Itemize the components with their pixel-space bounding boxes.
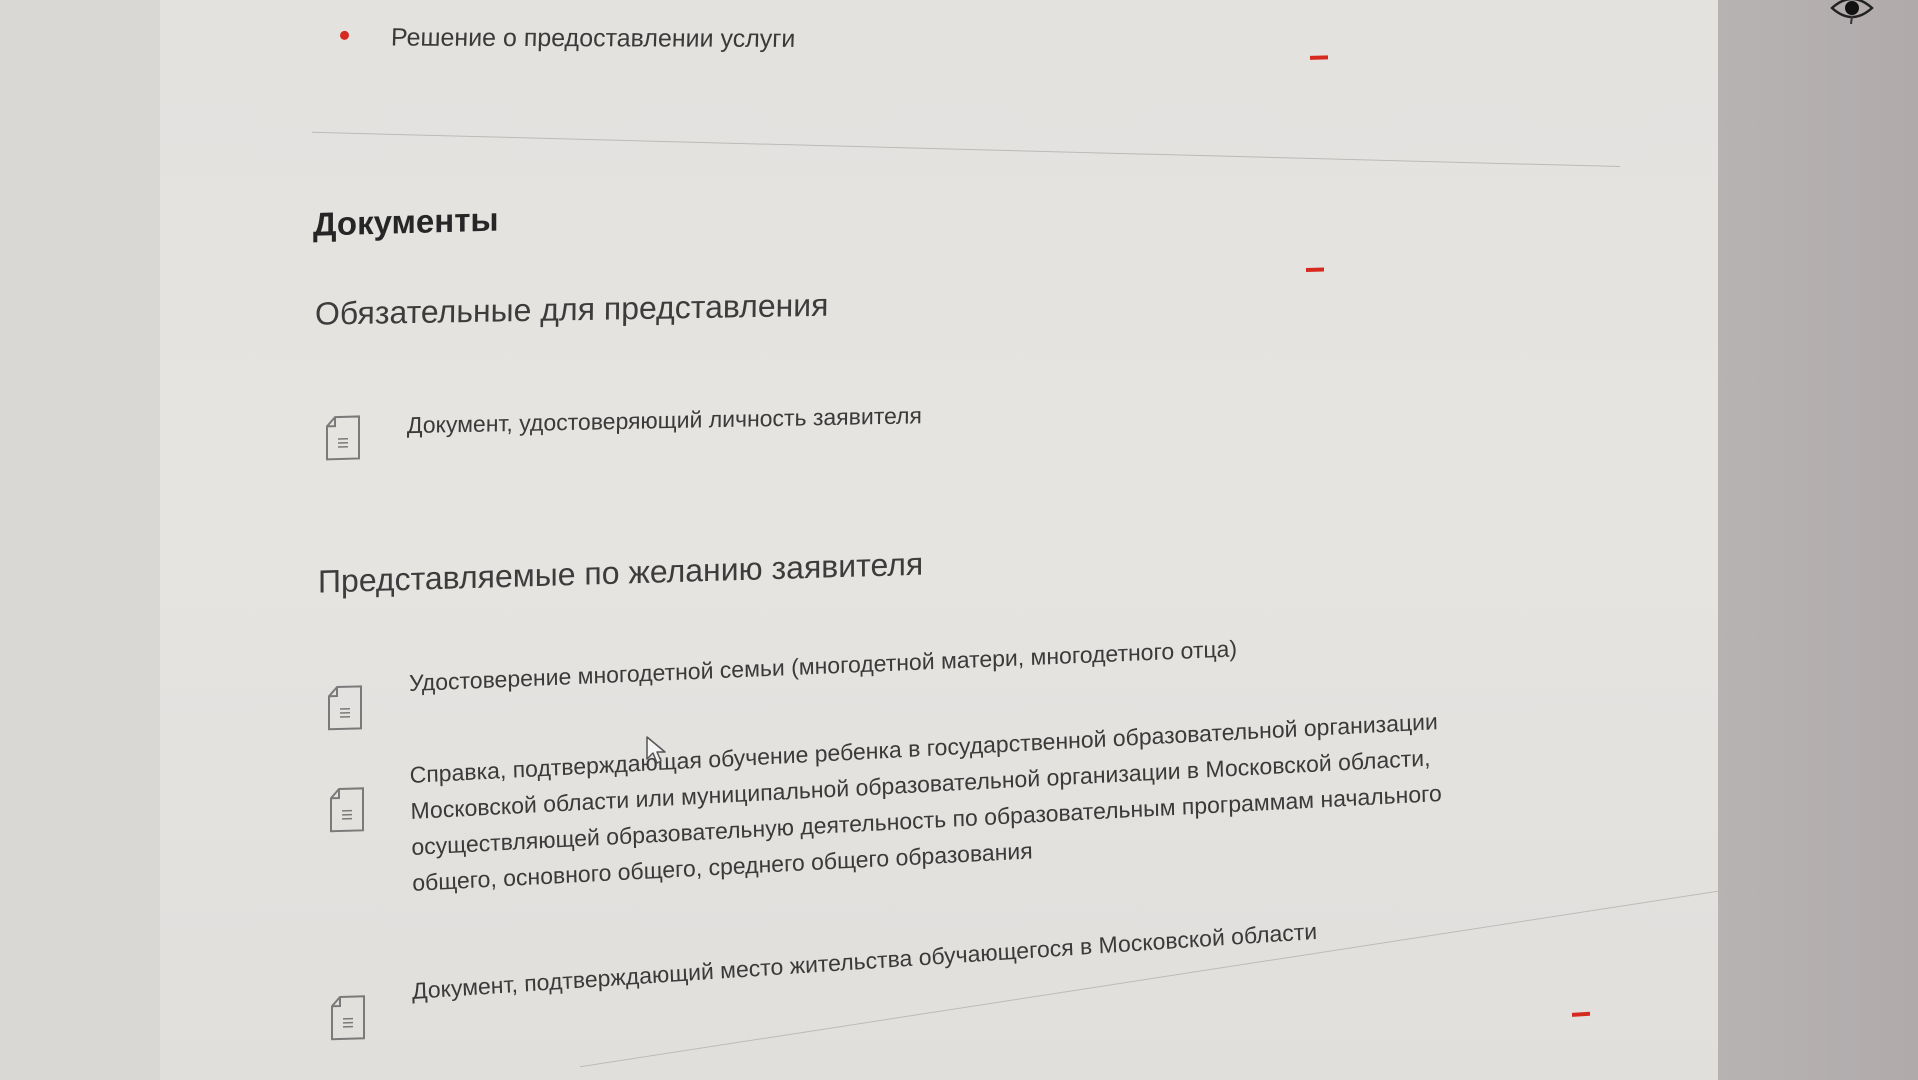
result-list-item: Решение о предоставлении услуги — [340, 12, 796, 54]
document-icon — [330, 994, 366, 1041]
document-item: Справка, подтверждающая обучение ребенка… — [329, 755, 1469, 903]
group-title-required: Обязательные для представления — [315, 287, 829, 333]
documents-title: Документы — [313, 201, 499, 244]
collapse-documents-button[interactable] — [1306, 267, 1324, 272]
result-item-label: Решение о предоставлении услуги — [391, 24, 796, 54]
left-gutter — [0, 0, 161, 1080]
cursor-icon — [645, 735, 669, 769]
document-label: Документ, удостоверяющий личность заявит… — [407, 397, 922, 443]
eye-icon[interactable] — [1830, 0, 1874, 26]
document-label: Справка, подтверждающая обучение ребенка… — [409, 702, 1470, 901]
document-item: Документ, удостоверяющий личность заявит… — [325, 390, 1225, 461]
screen: Результат оказания услуги Решение о пред… — [0, 0, 1918, 1080]
section-divider — [312, 132, 1620, 167]
document-icon — [325, 414, 361, 461]
group-title-optional: Представляемые по желанию заявителя — [318, 546, 923, 601]
document-icon — [327, 684, 363, 731]
document-icon — [329, 786, 365, 833]
content-surface: Результат оказания услуги Решение о пред… — [160, 0, 1718, 1080]
collapse-result-button[interactable] — [1310, 55, 1328, 60]
document-label: Удостоверение многодетной семьи (многоде… — [409, 630, 1238, 701]
collapse-section-button[interactable] — [1572, 1012, 1590, 1017]
main-content: Результат оказания услуги Решение о пред… — [160, 0, 1718, 1080]
bullet-icon — [340, 31, 349, 40]
document-label: Документ, подтверждающий место жительств… — [411, 913, 1317, 1009]
right-gutter — [1718, 0, 1918, 1080]
document-item: Документ, подтверждающий место жительств… — [330, 967, 1330, 1041]
